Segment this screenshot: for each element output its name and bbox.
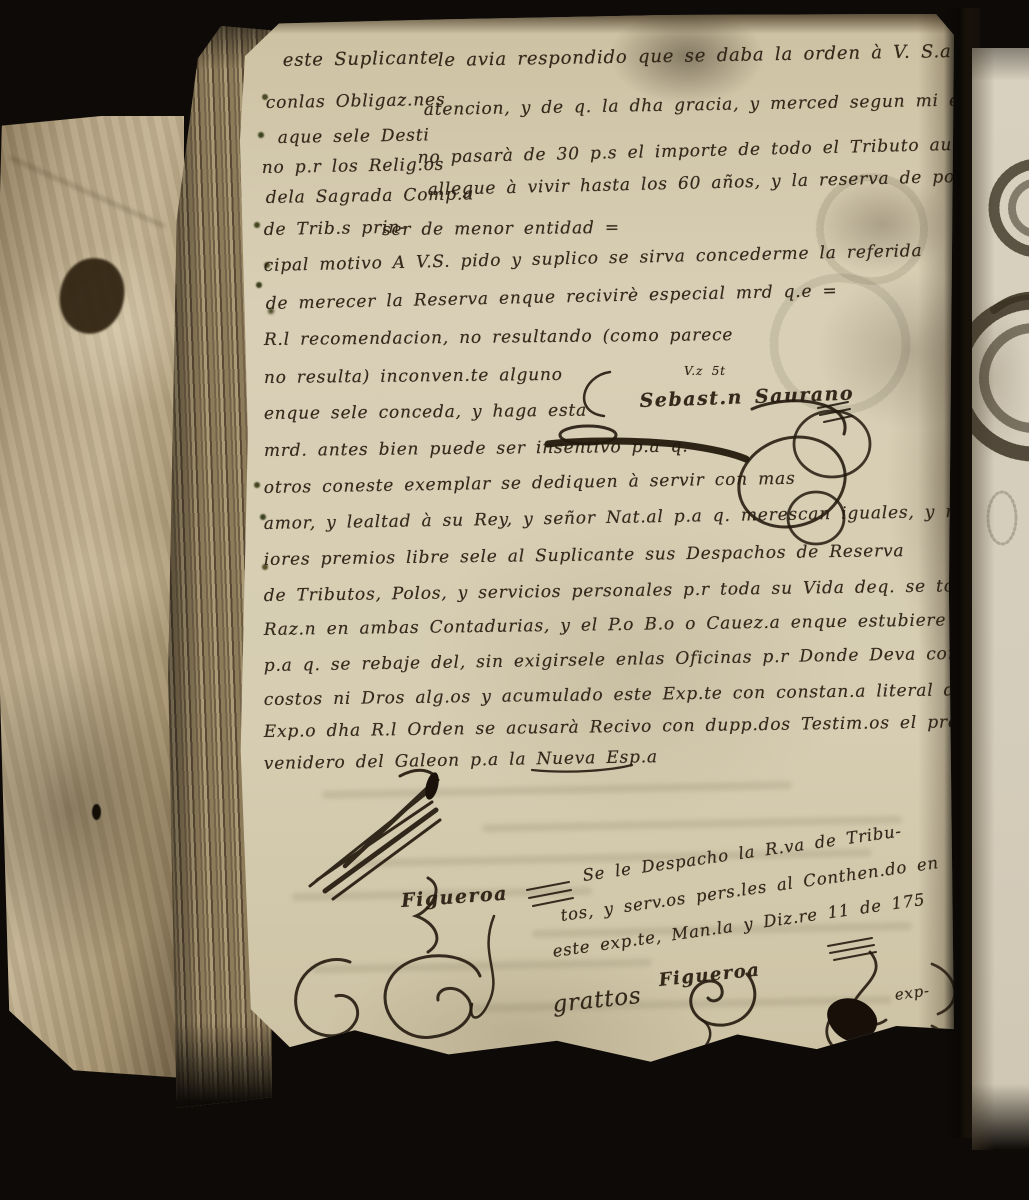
manuscript-line: R.l recomendacion, no resultando (como p… [264, 325, 734, 350]
word-exp-edge: exp- [893, 981, 930, 1004]
manuscript-line: ser de menor entidad = [382, 218, 620, 240]
word-grattos: grattos [551, 983, 642, 1018]
manuscript-line: amor, y lealtad à su Rey, y señor Nat.al… [264, 502, 954, 534]
manuscript-line: atencion, y de q. la dha gracia, y merce… [424, 90, 954, 120]
show-through [472, 996, 892, 1013]
archival-photo: este Suplicante conlas Obligaz.nes aque … [0, 0, 1029, 1200]
manuscript-line: no pasarà de 30 p.s el importe de todo e… [418, 135, 954, 168]
manuscript-line: Raz.n en ambas Contadurias, y el P.o B.o… [264, 609, 954, 640]
vellum-fold-line [9, 156, 166, 228]
show-through [322, 781, 792, 799]
manuscript-line: iores premios libre sele al Suplicante s… [264, 541, 905, 570]
manuscript-line: de Tributos, Polos, y servicios personal… [264, 576, 954, 606]
manuscript-line: de merecer la Reserva enque recivirè esp… [266, 281, 838, 314]
vellum-worm-hole [92, 804, 101, 820]
vellum-cover [0, 116, 184, 1078]
margin-note: este Suplicante [283, 47, 440, 71]
paraph-marks: V.z 5t [684, 364, 726, 378]
show-through [312, 958, 652, 973]
vellum-ink-blot [55, 254, 129, 338]
manuscript-line: allegue à vivir hasta los 60 años, y la … [428, 166, 954, 200]
signature-figueroa-docket: Figueroa [658, 959, 762, 991]
manuscript-line: venidero del Galeon p.a la Nueva Esp.a [264, 747, 658, 774]
manuscript-line: le avia respondido que se daba la orden … [438, 40, 954, 71]
manuscript-line: otros coneste exemplar se dediquen à ser… [264, 469, 796, 498]
seal-imprints [972, 48, 1029, 1150]
margin-note: aque sele Desti [278, 125, 430, 148]
facing-page-strip [972, 48, 1029, 1150]
manuscript-line: enque sele conceda, y haga esta [264, 401, 587, 424]
margin-note: conlas Obligaz.nes [266, 90, 446, 113]
manuscript-line: mrd. antes bien puede ser insentivo p.a … [264, 437, 689, 461]
manuscript-line: cipal motivo A V.S. pido y suplico se si… [264, 241, 923, 276]
signature-figueroa-left: Figueroa [400, 883, 508, 912]
manuscript-line: Exp.o dha R.l Orden se acusarà Recivo co… [264, 712, 954, 742]
manuscript-line: p.a q. se rebaje del, sin exigirsele enl… [264, 643, 954, 676]
manuscript-line: no resulta) inconven.te alguno [264, 365, 563, 388]
manuscript-page: este Suplicante conlas Obligaz.nes aque … [232, 14, 954, 1066]
signature-sebastian-saurano: Sebast.n Saurano [639, 383, 854, 412]
signature-s-flourish [584, 372, 610, 416]
manuscript-line: costos ni Dros alg.os y acumulado este E… [264, 680, 954, 710]
